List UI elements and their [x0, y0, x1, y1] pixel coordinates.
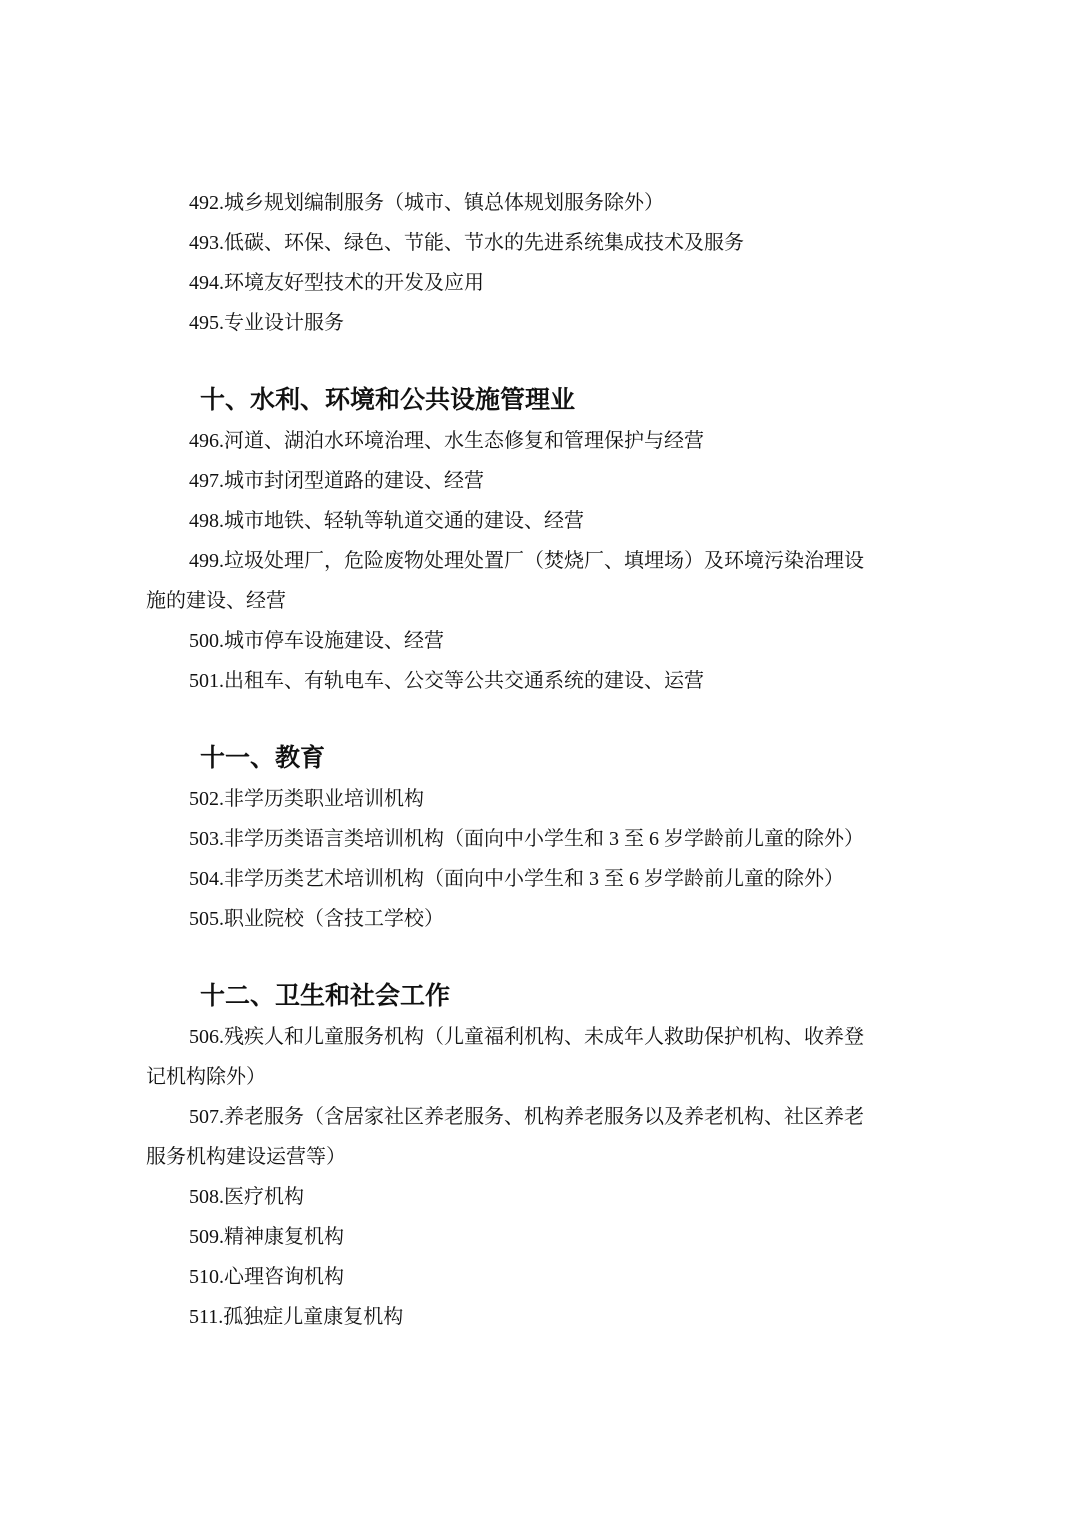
list-item: 500.城市停车设施建设、经营: [189, 629, 444, 653]
list-item: 495.专业设计服务: [189, 311, 344, 335]
list-item-continuation: 服务机构建设运营等）: [146, 1145, 346, 1169]
list-item-continuation: 记机构除外）: [146, 1065, 266, 1089]
list-item-continuation: 施的建设、经营: [146, 589, 286, 613]
list-item: 499.垃圾处理厂，危险废物处理处置厂（焚烧厂、填埋场）及环境污染治理设: [189, 549, 864, 573]
list-item: 497.城市封闭型道路的建设、经营: [189, 469, 484, 493]
list-item: 501.出租车、有轨电车、公交等公共交通系统的建设、运营: [189, 669, 704, 693]
list-item: 503.非学历类语言类培训机构（面向中小学生和 3 至 6 岁学龄前儿童的除外）: [189, 827, 864, 851]
list-item: 507.养老服务（含居家社区养老服务、机构养老服务以及养老机构、社区养老: [189, 1105, 864, 1129]
section-heading: 十、水利、环境和公共设施管理业: [200, 385, 575, 415]
list-item: 511.孤独症儿童康复机构: [189, 1305, 403, 1329]
section-heading: 十二、卫生和社会工作: [200, 981, 450, 1011]
list-item: 496.河道、湖泊水环境治理、水生态修复和管理保护与经营: [189, 429, 704, 453]
document-page: 492.城乡规划编制服务（城市、镇总体规划服务除外） 493.低碳、环保、绿色、…: [0, 0, 1074, 1520]
list-item: 504.非学历类艺术培训机构（面向中小学生和 3 至 6 岁学龄前儿童的除外）: [189, 867, 844, 891]
list-item: 508.医疗机构: [189, 1185, 304, 1209]
list-item: 494.环境友好型技术的开发及应用: [189, 271, 484, 295]
list-item: 502.非学历类职业培训机构: [189, 787, 424, 811]
list-item: 505.职业院校（含技工学校）: [189, 907, 444, 931]
list-item: 492.城乡规划编制服务（城市、镇总体规划服务除外）: [189, 191, 664, 215]
list-item: 498.城市地铁、轻轨等轨道交通的建设、经营: [189, 509, 584, 533]
list-item: 510.心理咨询机构: [189, 1265, 344, 1289]
section-heading: 十一、教育: [200, 743, 325, 773]
list-item: 509.精神康复机构: [189, 1225, 344, 1249]
list-item: 506.残疾人和儿童服务机构（儿童福利机构、未成年人救助保护机构、收养登: [189, 1025, 864, 1049]
list-item: 493.低碳、环保、绿色、节能、节水的先进系统集成技术及服务: [189, 231, 744, 255]
